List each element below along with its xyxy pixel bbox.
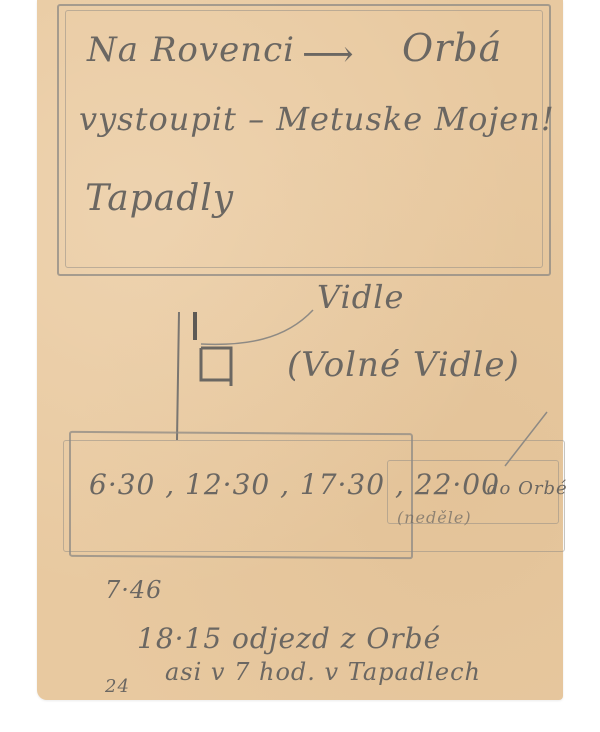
time-note: 7·46	[105, 576, 162, 604]
departure-suffix: do Orbé	[487, 478, 568, 499]
page-number: 24	[105, 676, 130, 697]
note-line-1-left: Na Rovenci	[87, 30, 295, 70]
notebook-page: Na Rovenci ⟶ Orbá vystoupit – Metuske Mo…	[37, 0, 563, 700]
vidle-note: (Volné Vidle)	[287, 345, 520, 385]
arrow-icon: ⟶	[302, 34, 355, 75]
note-line-2: vystoupit – Metuske Mojen!	[79, 100, 555, 138]
bottom-line-1: 18·15 odjezd z Orbé	[137, 622, 441, 655]
note-line-3: Tapadly	[85, 178, 234, 219]
departure-subnote: (neděle)	[397, 508, 472, 527]
bottom-line-2: asi v 7 hod. v Tapadlech	[165, 658, 481, 686]
note-line-1-right: Orbá	[402, 26, 502, 70]
departure-times: 6·30 , 12·30 , 17·30 , 22·00	[89, 468, 500, 501]
